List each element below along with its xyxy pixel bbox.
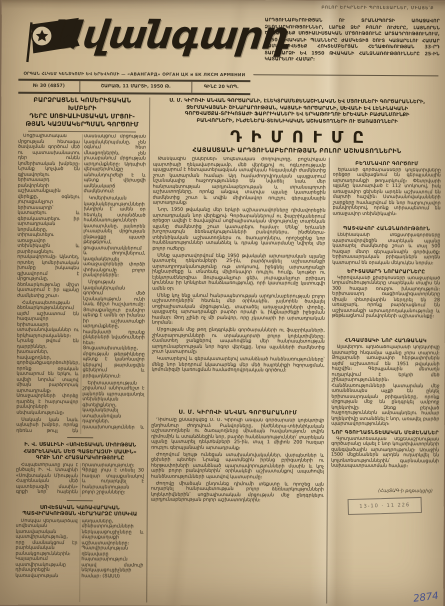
- news-paragraph: Ալավերդու պղնձաձուլարանի կոլեկտիվը կատար…: [331, 345, 439, 428]
- stalin-book-header: Ի. Վ. ՍՏԱԼԻՆԻ «ՍՈՎԵՏԱԿԱՆ ՄԻՈՒԹՅԱՆ ՀԱՅՐԵՆ…: [18, 442, 142, 463]
- issue-price: ԳԻՆԸ 20 ԿՈՊ.: [192, 82, 250, 93]
- page-body: ԲԱՐՁՐԱՑՆԵԼ ԿՈՄԵՐԻՏԱԿԱՆ ԽՄԲԵՐԻ ԴԵՐԸ ՍՈՑԻԱ…: [15, 97, 441, 605]
- news-section-body: Կիրովականի քիմիկոսների առաջարկած նորամու…: [332, 276, 440, 337]
- delegation-paragraph: Մոսկվա վերադարձավ սովետական կառավարական …: [15, 519, 143, 581]
- kirov-paragraph: Ժողովը միաձայն ընդունեց դիմումի տեքստը և…: [151, 481, 324, 504]
- appeal-paragraph: Կատարելով և գերակատարելով ստանձնած հանձն…: [152, 357, 325, 375]
- left-column: ԲԱՐՁՐԱՑՆԵԼ ԿՈՄԵՐԻՏԱԿԱՆ ԽՄԲԵՐԻ ԴԵՐԸ ՍՈՑԻԱ…: [15, 97, 146, 603]
- delegation-body: Մոսկվա վերադարձավ սովետական կառավարական …: [15, 519, 144, 603]
- organ-line: ՕՐԳԱՆ ՀԼԿԵՄ ԿԵՆՏԿՈՄԻ ԵՎ ԵՐԵՎԿՈՄԻ — «АВАН…: [18, 71, 250, 77]
- section-divider: [67, 437, 93, 438]
- editorial-headline: ԲԱՐՁՐԱՑՆԵԼ ԿՈՄԵՐԻՏԱԿԱՆ ԽՄԲԵՐԻ ԴԵՐԸ ՍՈՑԻԱ…: [18, 97, 146, 130]
- news-paragraph: Երևանի գործարանների կոլեկտիվները օրեցօր …: [333, 168, 441, 218]
- kirov-paragraph: Ժողովում ելույթ ունեցան ստախանովականներ,…: [151, 452, 324, 481]
- issue-number: № 30 (4857): [18, 81, 80, 92]
- column-divider: [326, 158, 330, 604]
- kirov-factory-body: Դիմումը քննարկվեց Ս. Մ. Կիրովի անվան գոր…: [150, 418, 324, 604]
- editorial-paragraph: Սոցիալիստական մրցության հետագա ծավալման …: [17, 134, 80, 299]
- masthead-logo: Ավանգարդ: [18, 12, 252, 69]
- library-stamp: 13-10 · 11 226: [348, 497, 422, 515]
- news-section-body: Ալավերդու պղնձաձուլարանի կոլեկտիվը կատար…: [331, 345, 439, 428]
- news-section-header: ՊԱՏՎԱՎՈՐ ՀԱՆՁՆԱՌՈՒԹՅՈՒՆ: [332, 226, 440, 233]
- news-section-header: ՀՆԳԱՄՅԱԿԻ ՆՈՐ ՀԱՂԹԱՆԱԿ: [332, 338, 440, 345]
- issue-date: ՇԱԲԱԹ, 11 ՄԱՐՏԻ, 1950 Թ.: [80, 81, 192, 93]
- right-column: ԲԵՂՄՆԱՎՈՐ ԳՈՐԾՈՒՄ Երևանի գործարանների կո…: [330, 158, 441, 604]
- kirov-paragraph: Դիմումը քննարկվեց Ս. Մ. Կիրովի անվան գոր…: [151, 418, 324, 452]
- news-section-header: ՆՈՐ ԳՅՈՒՂԱՏՆՏԵՍԱԿԱՆ ՄԵՔԵՆԱՆԵՐ: [331, 430, 439, 437]
- appeal-header: Ս. Մ. ԿԻՐՈՎԻ ԱՆՎԱՆ ԳՈՐԾԱՐԱՆԻ, ԷԼԵԿՏՐԱՄԵՔ…: [153, 98, 441, 126]
- issue-info-spacer: [250, 80, 441, 96]
- appeal-subtitle: ՀԱՅԱՍՏԱՆԻ ԱՐԴՅՈՒՆԱԲԵՐՈՒԹՅԱՆ ԲՈԼՈՐ ԱՇԽԱՏՈ…: [153, 147, 441, 156]
- masthead-title: Ավանգարդ: [48, 12, 294, 58]
- masthead: Ավանգարդ ԱՐԴՅՈՒՆԱԲԵՐՈՒԹՅԱՆ ՈՒ ՏՐԱՆՍՊՈՐՏԻ…: [18, 12, 441, 71]
- center-column: Թանկագին ընկերներ։ Սովետական ժողովուրդը,…: [150, 157, 326, 604]
- newspaper-page: ԲՈԼՈՐ ԵՐԿՐՆԵՐԻ ՊՐՈԼԵՏԱՐՆԵՐ, ՄԻԱՑԵ՛Ք Ավան…: [0, 0, 445, 606]
- appeal-title: ԴԻՄՈՒՄԸ: [153, 127, 441, 148]
- editorial-paragraph: Մրցության կազմակերպման գործում մեծ նշանա…: [83, 280, 146, 379]
- appeal-region: Ս. Մ. ԿԻՐՈՎԻ ԱՆՎԱՆ ԳՈՐԾԱՐԱՆԻ, ԷԼԵԿՏՐԱՄԵՔ…: [150, 98, 441, 605]
- slogan-underline-rule: [253, 74, 438, 76]
- handwritten-inventory-number: 2874: [412, 591, 439, 605]
- appeal-columns: Թանկագին ընկերներ։ Սովետական ժողովուրդը,…: [150, 157, 441, 604]
- section-divider: [67, 500, 93, 501]
- news-section-header: ԲԵՂՄՆԱՎՈՐ ԳՈՐԾՈՒՄ: [333, 161, 441, 168]
- appeal-body: Թանկագին ընկերներ։ Սովետական ժողովուրդը,…: [151, 157, 326, 408]
- editorial-body: Սոցիալիստական մրցության հետագա ծավալման …: [16, 134, 146, 435]
- news-paragraph: Կիրովականի քիմիկոսների առաջարկած նորամու…: [332, 276, 440, 321]
- news-paragraph: Գյուղատնտեսական մեքենաշինության գործարան…: [331, 437, 439, 471]
- news-paragraph: Լենինականի տեքստիլագործները պարտավորվեցի…: [332, 233, 440, 267]
- delegation-header: ՍՈՎԵՏԱԿԱՆ ԿԱՌԱՎԱՐԱԿԱՆ ՊԱՏՎԻՐԱԿՈՒԹՅԱՆ ՎԵՐ…: [18, 505, 142, 519]
- appeal-paragraph: Թանկագին ընկերներ։ Սովետական ժողովուրդը,…: [153, 157, 326, 208]
- kirov-factory-header: Ս. Մ. ԿԻՐՈՎԻ ԱՆՎԱՆ ԳՈՐԾԱՐԱՆՈՒՄ: [151, 409, 324, 416]
- stalin-book-paragraph: Հայպետհրատը լույս է ընծայել Ի. Վ. Ստալին…: [16, 463, 144, 497]
- stalin-book-body: Հայպետհրատը լույս է ընծայել Ի. Վ. Ստալին…: [16, 463, 144, 498]
- news-section-body: Լենինականի տեքստիլագործները պարտավորվեցի…: [332, 233, 440, 267]
- headline-rule: [28, 131, 136, 133]
- news-section-body: Գյուղատնտեսական մեքենաշինության գործարան…: [331, 437, 439, 488]
- appeal-paragraph: Մենք կոչ ենք անում հանրապետության արդյու…: [152, 293, 325, 327]
- editorial-paragraph: Հանրապետության ձեռնարկություններում այժմ…: [16, 300, 79, 416]
- appeal-paragraph: Նոր, 1950 թվականը մեր երկրի աշխատավորներ…: [152, 208, 325, 253]
- newspaper-photo: ԲՈԼՈՐ ԵՐԿՐՆԵՐԻ ՊՐՈԼԵՏԱՐՆԵՐ, ՄԻԱՑԵ՛Ք Ավան…: [0, 0, 445, 606]
- issue-info-bar: № 30 (4857) ՇԱԲԱԹ, 11 ՄԱՐՏԻ, 1950 Թ. ԳԻՆ…: [18, 79, 250, 95]
- news-section-body: Երևանի գործարանների կոլեկտիվները օրեցօր …: [332, 168, 440, 225]
- issue-info-row: № 30 (4857) ՇԱԲԱԹ, 11 ՄԱՐՏԻ, 1950 Թ. ԳԻՆ…: [18, 79, 441, 97]
- news-section-header: ԵՐԻՏԱՍԱՐԴ ՆՈՐԱՐԱՐՆԵՐԸ: [332, 269, 440, 276]
- appeal-paragraph: Մրցության մեջ թող ընդգրկվեն գործարանների…: [152, 328, 325, 357]
- appeal-paragraph: Մենք պարտավորվում ենք 1950 թվականի արտադ…: [152, 253, 325, 293]
- editorial-paragraph: Կոմերիտական կազմակերպությունների խնդիրն …: [83, 196, 146, 279]
- correspondent-signature: (ՀայՏԱԳ-ի թղթակցից): [331, 489, 439, 495]
